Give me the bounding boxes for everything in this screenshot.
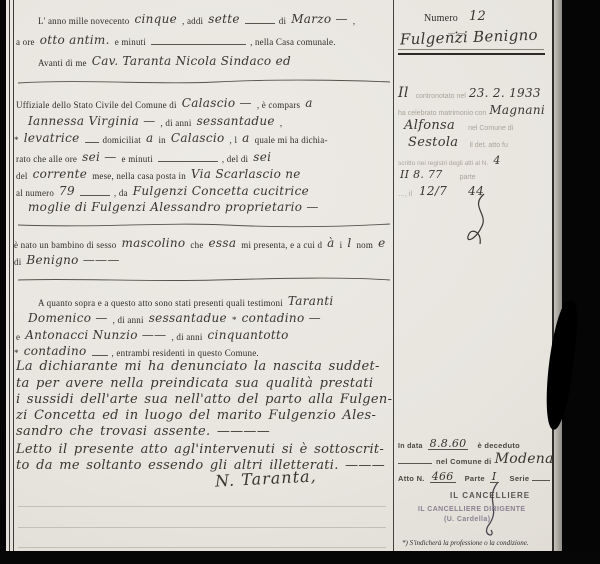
text-line: L' anno mille novecentocinque, addìsette… [38,12,360,28]
blank-line [80,186,110,196]
handwritten-text: otto antim. [40,34,110,46]
handwritten-text: contadino — [242,312,321,324]
marriage-note-line: …, il12/744 [398,184,489,200]
handwritten-text: cinque [134,13,177,25]
printed-text: che [190,241,203,250]
photo-bottom-edge [0,551,600,564]
handwritten-text: Il [398,86,409,100]
blank-line [158,152,218,162]
printed-text: , nella Casa comunale. [250,38,336,47]
birth-act-column: L' anno mille novecentocinque, addìsette… [10,0,393,564]
printed-text: , del dì [222,155,248,164]
printed-text: , entrambi residenti in questo Comune. [112,349,259,358]
printed-text: * [14,136,19,145]
death-note-line: nel Comune diModena [398,452,559,468]
stamp-label: nel Comune di [436,458,492,466]
printed-text: di [14,258,21,267]
text-line: rato che alle oresei —e minuti, del dìse… [16,150,276,166]
printed-text: a ore [16,38,35,47]
text-line: delcorrentemese, nella casa posta inVia … [16,167,306,183]
spacer [452,195,468,196]
printed-text: , [280,119,282,128]
handwritten-text: essa [209,237,237,249]
text-line: i sussidi dell'arte sua nell'atto del pa… [16,392,397,408]
handwritten-text: Benigno ——— [26,254,119,266]
handwritten-text: 4 [493,155,500,166]
footnote-text: *) S'indicherà la professione o la condi… [402,540,529,547]
printed-text: al numero [16,189,54,198]
marginal-stamp-text: nel Comune di [468,125,513,132]
printed-text: i [340,241,343,250]
printed-text: L' anno mille novecento [38,17,129,26]
handwritten-text: l [347,237,351,249]
blank-line [151,35,246,45]
handwritten-text: 79 [59,185,75,197]
printed-text: , di anni [113,316,144,325]
handwritten-text: Cav. Taranta Nicola Sindaco ed [92,55,291,67]
name-underline-bold [398,53,545,55]
printed-text: * [14,349,19,358]
printed-text: del [16,172,28,181]
marginal-stamp-text: …, il [398,191,412,198]
text-line: diBenigno ——— [14,253,125,269]
stamp-label: Atto N. [398,475,425,483]
handwritten-text: Via Scarlascio ne [191,168,301,180]
handwritten-text: sei [253,151,271,163]
printed-text: e minuti [115,38,146,47]
stamp-label: In data [398,443,423,450]
printed-text: in [158,136,165,145]
handwritten-text: Calascio — [182,97,252,109]
printed-text: * [232,316,237,325]
handwritten-text: i sussidi dell'arte sua nell'atto del pa… [16,393,392,406]
printed-text: nom [356,241,373,250]
text-line: Iannessa Virginia —, di annisessantadue, [28,114,287,130]
margin-name: Fulgenzi Benigno [400,29,543,50]
printed-text: , [353,17,355,26]
handwritten-text: corrente [33,168,88,180]
printed-text: mi presenta, e a cui d [241,241,322,250]
handwritten-text: Letto il presente atto agl'intervenuti s… [16,443,384,456]
handwritten-text: Antonacci Nunzio —— [25,329,166,341]
handwritten-text: a [242,132,249,144]
handwritten-text: 44 [468,185,484,197]
margin-column: Numero12—•—Fulgenzi BenignoIlcontronotat… [398,0,548,564]
printed-text: Uffiziale dello Stato Civile del Comune … [16,101,177,110]
handwritten-text: II 8. 77 [400,169,443,180]
handwritten-text: 12/7 [419,185,447,197]
handwritten-text: Fulgenzi Benigno [400,28,538,48]
signature-taranta: N. Taranta, [215,472,322,489]
handwritten-text: Marzo — [291,13,348,25]
line-filler-curve [16,276,392,284]
handwritten-text: sandro che trovasi assente. ———— [16,425,270,438]
handwritten-text: ta per avere nella preindicata sua quali… [16,377,373,390]
marginal-stamp-text: contronotato nel [416,93,466,100]
handwritten-text: Modena [495,452,554,466]
handwritten-text: a [146,132,153,144]
text-line: moglie di Fulgenzi Alessandro proprietar… [28,200,324,216]
spacer [448,178,460,179]
text-line: sandro che trovasi assente. ———— [16,424,275,440]
death-note-line: In data8.8.60è deceduto [398,436,523,452]
text-line: zi Concetta ed in luogo del marito Fulge… [16,408,381,424]
spacer [460,129,468,130]
handwritten-text: sessantadue [197,115,275,127]
death-note-line: Atto N.466ParteISerie [398,469,554,485]
handwritten-text: cinquantotto [208,329,289,341]
blank-line [92,346,108,356]
blank-line [532,471,550,481]
line-filler-curve [16,78,392,86]
marriage-note-line: Ilcontronotato nel23. 2. 1933 [398,86,546,102]
name-underline-thin [398,49,544,50]
text-line: Avanti di meCav. Taranta Nicola Sindaco … [38,54,296,70]
marginal-stamp-text: parte [460,174,476,181]
blank-line [245,14,275,24]
handwritten-text: moglie di Fulgenzi Alessandro proprietar… [28,201,319,213]
handwritten-text: sei — [82,151,116,163]
printed-text: , di anni [161,119,192,128]
ink-stamp-text: (U. Cardella) [444,516,490,523]
printed-text: , l [230,136,238,145]
ruled-line [18,506,386,507]
stamp-label: Serie [510,475,530,483]
printed-text: è nato un bambino di sesso [14,241,116,250]
printed-text: domiciliat [103,136,142,145]
handwritten-text: Sestola [408,136,458,149]
marriage-note-line: SestolaIl det. atto fu [408,135,511,151]
printed-text: , da [114,189,128,198]
printed-text: di [279,17,286,26]
printed-text: , di anni [171,333,202,342]
handwritten-text: a [305,97,312,109]
printed-text: e [16,333,20,342]
text-line: Domenico —, di annisessantadue*contadino… [28,311,326,327]
text-line: al numero79, daFulgenzi Concetta cucitri… [16,184,314,200]
column-divider-rule [393,0,394,552]
printed-text: quale mi ha dichia- [255,136,328,145]
handwritten-text: La dichiarante mi ha denunciato la nasci… [16,360,380,373]
handwritten-text: mascolino [121,237,185,249]
text-line: a oreotto antim.e minuti, nella Casa com… [16,33,341,49]
marginal-stamp-text: Il det. atto fu [469,142,508,149]
handwritten-text: Domenico — [28,312,108,324]
handwritten-text: 8.8.60 [428,438,469,450]
handwritten-text: à [327,237,334,249]
handwritten-text: 12 [469,10,486,23]
next-page-sliver [554,0,562,564]
printed-text: , addì [182,17,203,26]
cancelliere-dirigente-stamp: (U. Cardella) [444,509,492,525]
text-line: *levatricedomiciliatainCalascio, laquale… [14,131,333,147]
scanned-photo: L' anno mille novecentocinque, addìsette… [0,0,600,564]
handwritten-text: Iannessa Virginia — [28,115,156,127]
handwritten-text: contadino [24,345,87,357]
handwritten-text: Magnani [489,104,545,116]
handwritten-text: sette [208,13,240,25]
handwritten-text: e [378,237,385,249]
marginal-stamp-text: ha celebrato matrimonio con [398,110,486,117]
handwritten-text: zi Concetta ed in luogo del marito Fulge… [16,409,376,422]
handwritten-text: sessantadue [149,312,227,324]
ruled-line [18,527,386,528]
line-filler-curve [16,221,392,229]
handwritten-text: N. Taranta, [215,468,317,489]
blank-line [398,454,432,464]
text-line: ta per avere nella preindicata sua quali… [16,376,378,392]
printed-text: , è compars [257,101,300,110]
blank-line [85,133,99,143]
printed-text: e minuti [122,155,153,164]
handwritten-text: Taranti [288,295,334,307]
text-line: to da me soltanto essendo gli altri ille… [16,458,390,474]
handwritten-text: to da me soltanto essendo gli altri ille… [16,459,385,472]
handwritten-text: Fulgenzi Concetta cucitrice [133,185,309,197]
handwritten-text: Alfonsa [404,119,455,132]
handwritten-text: I [490,471,499,483]
footnote: *) S'indicherà la professione o la condi… [402,533,529,549]
printed-text: A quanto sopra e a questo atto sono stat… [38,299,283,308]
marriage-note-line: ha celebrato matrimonio conMagnani [398,103,550,119]
ruled-line [18,547,386,548]
handwritten-text: 466 [430,471,456,483]
stamp-label: Parte [465,475,485,483]
text-line: La dichiarante mi ha denunciato la nasci… [16,359,385,375]
printed-text: Avanti di me [38,59,87,68]
handwritten-text: levatrice [24,132,80,144]
text-line: *contadino, entrambi residenti in questo… [14,344,264,360]
text-line: Letto il presente atto agl'intervenuti s… [16,442,389,458]
marriage-note-line: II 8. 77parte [400,167,479,183]
signature-flourish-icon [456,192,496,250]
text-line: è nato un bambino di sessomascolinochees… [14,236,391,252]
text-line: Uffiziale dello Stato Civile del Comune … [16,96,318,112]
stamp-label: è deceduto [477,442,520,450]
marriage-note-line: Alfonsanel Comune di [404,118,516,134]
handwritten-text: Calascio [171,132,225,144]
text-line: A quanto sopra e a questo atto sono stat… [38,294,339,310]
printed-text: rato che alle ore [16,155,77,164]
handwritten-text: 23. 2. 1933 [469,87,541,99]
printed-text: mese, nella casa posta in [92,172,186,181]
text-line: eAntonacci Nunzio ——, di annicinquantott… [16,328,294,344]
